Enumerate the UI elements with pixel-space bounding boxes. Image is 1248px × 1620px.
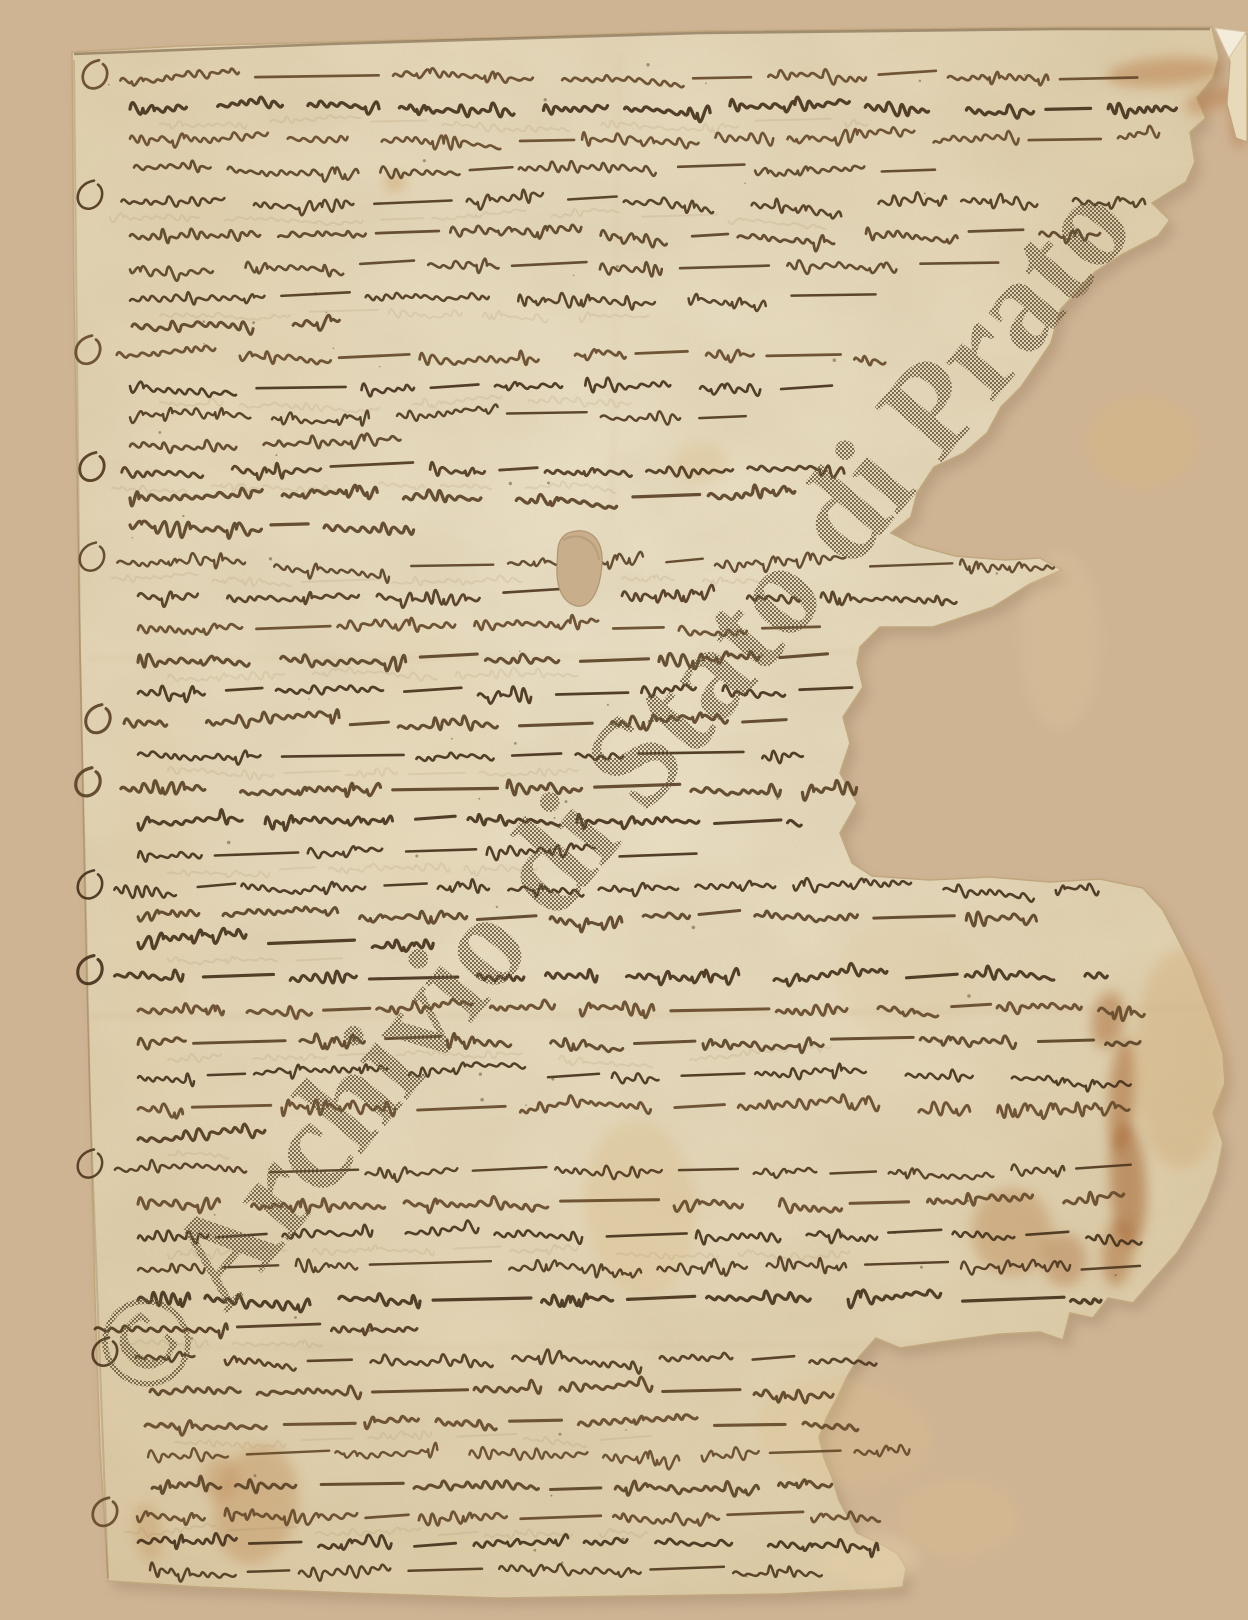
stain-blot — [1042, 1234, 1086, 1286]
ink-speck — [544, 98, 547, 101]
ink-speck — [308, 698, 309, 699]
ink-speck — [924, 192, 926, 194]
ink-speck — [203, 343, 204, 344]
ink-speck — [478, 798, 480, 800]
ink-speck — [415, 855, 418, 858]
ink-speck — [294, 1316, 297, 1319]
ink-speck — [408, 1571, 409, 1572]
ink-speck — [227, 841, 231, 845]
ink-speck — [1115, 1274, 1117, 1276]
ink-speck — [986, 78, 989, 81]
stain-blot — [1134, 950, 1226, 1170]
ink-speck — [260, 234, 262, 236]
ink-speck — [451, 738, 453, 740]
ink-speck — [920, 1266, 923, 1269]
ink-speck — [621, 1538, 624, 1541]
ink-speck — [705, 82, 707, 84]
ink-speck — [379, 366, 381, 368]
ink-speck — [996, 572, 998, 574]
stain-blot — [672, 442, 728, 482]
ink-speck — [625, 1429, 627, 1431]
ink-speck — [833, 358, 837, 362]
ink-speck — [368, 1330, 370, 1332]
stain-blot — [202, 1456, 238, 1500]
ink-speck — [333, 348, 335, 350]
ink-speck — [1024, 74, 1026, 76]
ink-speck — [746, 1576, 748, 1578]
ink-speck — [646, 63, 649, 66]
stain-blot — [898, 1478, 1018, 1558]
stain-blot — [1086, 396, 1198, 488]
ink-speck — [132, 537, 134, 539]
ink-speck — [919, 80, 921, 82]
ink-speck — [573, 274, 575, 276]
ink-speck — [744, 182, 746, 184]
ink-speck — [626, 1519, 628, 1521]
ink-speck — [841, 1232, 843, 1234]
ink-speck — [314, 292, 317, 295]
stain-blot — [1020, 550, 1100, 730]
manuscript-scan-canvas: © Archivio di Stato di Prato — [0, 0, 1248, 1620]
ink-speck — [967, 994, 971, 998]
ink-speck — [423, 159, 426, 162]
ink-speck — [534, 1549, 537, 1552]
ink-speck — [233, 1355, 234, 1356]
stain-blot — [835, 920, 975, 1040]
ink-speck — [479, 1073, 482, 1076]
ink-speck — [252, 321, 255, 324]
ink-speck — [108, 84, 110, 86]
ink-speck — [519, 650, 521, 652]
ink-speck — [480, 1098, 484, 1102]
ink-speck — [269, 557, 272, 560]
ink-speck — [551, 1078, 554, 1081]
ink-speck — [561, 1561, 564, 1564]
ink-speck — [525, 1104, 527, 1106]
ink-speck — [203, 320, 205, 322]
ink-speck — [254, 1474, 257, 1477]
ink-speck — [893, 1231, 896, 1234]
ink-speck — [182, 515, 184, 517]
ink-speck — [547, 482, 550, 485]
ink-speck — [616, 265, 619, 268]
ink-speck — [550, 1495, 552, 1497]
ink-speck — [459, 753, 462, 756]
ink-speck — [275, 454, 277, 456]
ink-speck — [509, 482, 512, 485]
manuscript-scan: © Archivio di Stato di Prato — [0, 0, 1248, 1620]
ink-speck — [156, 1572, 158, 1574]
ink-speck — [692, 926, 696, 930]
ink-speck — [514, 742, 517, 745]
ink-speck — [776, 798, 778, 800]
ink-speck — [967, 1200, 970, 1203]
ink-speck — [326, 312, 328, 314]
ink-speck — [559, 1433, 562, 1436]
ink-speck — [158, 431, 161, 434]
